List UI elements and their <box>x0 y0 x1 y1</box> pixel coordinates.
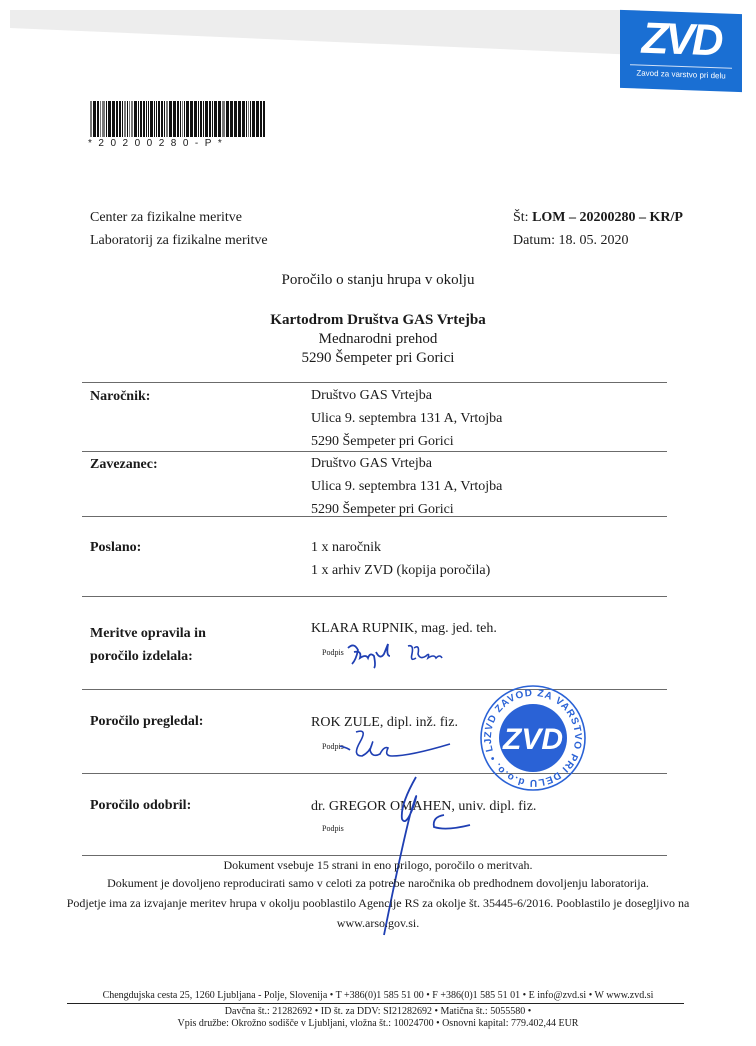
prepared-by-label: Meritve opravila in poročilo izdelala: <box>90 622 206 668</box>
client-line: Društvo GAS Vrtejba <box>311 384 502 407</box>
obligor-line: 5290 Šempeter pri Gorici <box>311 498 502 521</box>
site-name: Kartodrom Društva GAS Vrtejba <box>0 311 756 330</box>
reference-block: Št: LOM – 20200280 – KR/P Datum: 18. 05.… <box>513 206 683 252</box>
company-stamp: ZVD ZAVOD ZA VARSTVO PRI DELU d.o.o. • L… <box>478 683 588 793</box>
obligor-label: Zavezanec: <box>90 457 158 473</box>
reference-number: Št: LOM – 20200280 – KR/P <box>513 206 683 229</box>
reference-prefix: Št: <box>513 210 532 225</box>
signature-label: Podpis <box>322 742 344 751</box>
reviewed-by-name: ROK ZULE, dipl. inž. fiz. <box>311 711 458 734</box>
prepared-by-label-line2: poročilo izdelala: <box>90 645 206 668</box>
company-tax: Davčna št.: 21282692 • ID št. za DDV: SI… <box>0 1006 756 1018</box>
company-registry: Vpis družbe: Okrožno sodišče v Ljubljani… <box>0 1018 756 1030</box>
note-reproduction: Dokument je dovoljeno reproducirati samo… <box>0 873 756 893</box>
date-label: Datum: <box>513 233 559 248</box>
client-line: Ulica 9. septembra 131 A, Vrtojba <box>311 407 502 430</box>
signature-label: Podpis <box>322 648 344 657</box>
department-line1: Center za fizikalne meritve <box>90 206 268 229</box>
stamp-mark: ZVD <box>502 723 563 756</box>
reviewed-by-label: Poročilo pregledal: <box>90 714 203 730</box>
department: Center za fizikalne meritve Laboratorij … <box>90 206 268 252</box>
logo-subtitle: Zavod za varstvo pri delu <box>620 68 742 81</box>
divider <box>82 382 667 383</box>
site-line3: 5290 Šempeter pri Gorici <box>0 349 756 368</box>
department-line2: Laboratorij za fizikalne meritve <box>90 229 268 252</box>
approved-by-name: dr. GREGOR OMAHEN, univ. dipl. fiz. <box>311 795 536 818</box>
date-value: 18. 05. 2020 <box>559 233 629 248</box>
zvd-logo: ZVD Zavod za varstvo pri delu <box>620 10 742 92</box>
footer-divider <box>67 1003 684 1004</box>
note-authorization: Podjetje ima za izvajanje meritev hrupa … <box>0 893 756 913</box>
company-address: Chengdujska cesta 25, 1260 Ljubljana - P… <box>0 990 756 1002</box>
approved-by-label: Poročilo odobril: <box>90 798 191 814</box>
client-label: Naročnik: <box>90 389 150 405</box>
site-line2: Mednarodni prehod <box>0 330 756 349</box>
reference-value: LOM – 20200280 – KR/P <box>532 210 683 225</box>
obligor-line: Društvo GAS Vrtejba <box>311 452 502 475</box>
barcode-text: *20200280-P* <box>88 138 268 149</box>
divider <box>82 596 667 597</box>
sent-label: Poslano: <box>90 540 141 556</box>
signature-label: Podpis <box>322 824 344 833</box>
client-line: 5290 Šempeter pri Gorici <box>311 430 502 453</box>
logo-mark: ZVD <box>620 14 742 66</box>
prepared-by-label-line1: Meritve opravila in <box>90 622 206 645</box>
site-block: Kartodrom Društva GAS Vrtejba Mednarodni… <box>0 311 756 368</box>
prepared-by-name: KLARA RUPNIK, mag. jed. teh. <box>311 617 497 640</box>
note-pages: Dokument vsebuje 15 strani in eno prilog… <box>0 855 756 875</box>
report-title: Poročilo o stanju hrupa v okolju <box>0 272 756 289</box>
obligor-line: Ulica 9. septembra 131 A, Vrtojba <box>311 475 502 498</box>
note-url: www.arso.gov.si. <box>0 913 756 933</box>
obligor-value: Društvo GAS Vrtejba Ulica 9. septembra 1… <box>311 452 502 521</box>
barcode <box>90 101 266 137</box>
sent-line: 1 x naročnik <box>311 536 490 559</box>
sent-value: 1 x naročnik 1 x arhiv ZVD (kopija poroč… <box>311 536 490 582</box>
client-value: Društvo GAS Vrtejba Ulica 9. septembra 1… <box>311 384 502 453</box>
report-date: Datum: 18. 05. 2020 <box>513 229 683 252</box>
signature-rupnik <box>344 640 464 670</box>
sent-line: 1 x arhiv ZVD (kopija poročila) <box>311 559 490 582</box>
